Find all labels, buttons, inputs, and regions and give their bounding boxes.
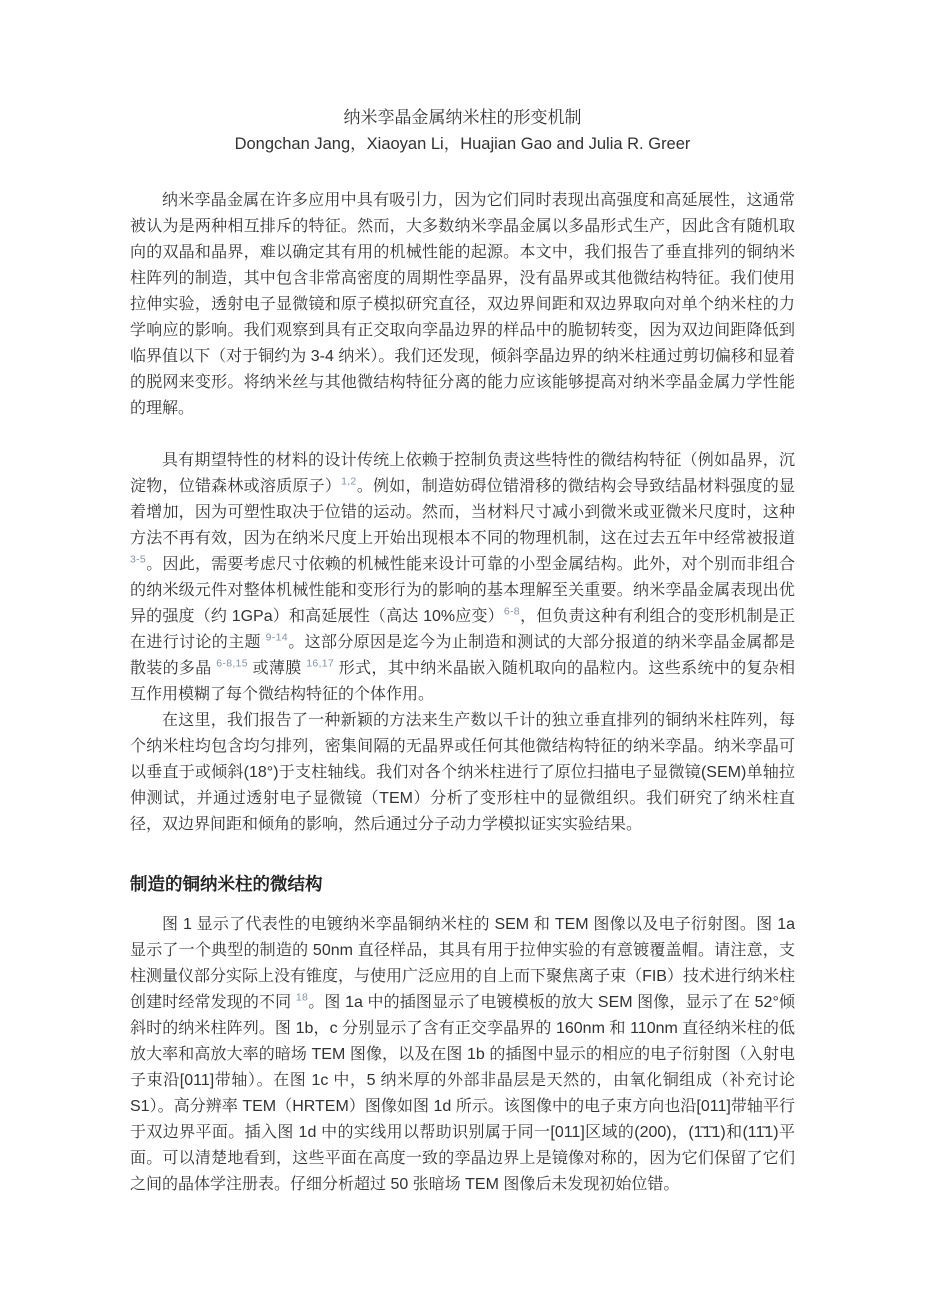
section-paragraph: 图 1 显示了代表性的电镀纳米孪晶铜纳米柱的 SEM 和 TEM 图像以及电子衍… xyxy=(130,912,795,1198)
section-heading: 制造的铜纳米柱的微结构 xyxy=(130,871,795,897)
text-run: 纳米孪晶金属在许多应用中具有吸引力，因为它们同时表现出高强度和高延展性，这通常被… xyxy=(130,192,795,417)
reference-superscript: 6-8,15 xyxy=(216,658,248,670)
reference-superscript: 16,17 xyxy=(306,658,334,670)
reference-superscript: 1,2 xyxy=(341,476,357,488)
reference-superscript: 9-14 xyxy=(266,632,288,644)
text-run: 或薄膜 xyxy=(248,660,306,677)
text-run: 在这里，我们报告了一种新颖的方法来生产数以千计的独立垂直排列的铜纳米柱阵列，每个… xyxy=(130,712,795,833)
abstract-paragraph: 纳米孪晶金属在许多应用中具有吸引力，因为它们同时表现出高强度和高延展性，这通常被… xyxy=(130,188,795,422)
reference-superscript: 18 xyxy=(296,992,308,1004)
intro-paragraph-1: 具有期望特性的材料的设计传统上依赖于控制负责这些特性的微结构特征（例如晶界，沉淀… xyxy=(130,448,795,708)
reference-superscript: 6-8 xyxy=(504,606,520,618)
authors-line: Dongchan Jang，Xiaoyan Li，Huajian Gao and… xyxy=(130,131,795,158)
document-page: 纳米孪晶金属纳米柱的形变机制 Dongchan Jang，Xiaoyan Li，… xyxy=(0,0,926,1309)
intro-paragraph-2: 在这里，我们报告了一种新颖的方法来生产数以千计的独立垂直排列的铜纳米柱阵列，每个… xyxy=(130,708,795,838)
page-title: 纳米孪晶金属纳米柱的形变机制 xyxy=(130,104,795,131)
reference-superscript: 3-5 xyxy=(130,554,146,566)
text-run: 。图 1a 中的插图显示了电镀模板的放大 SEM 图像，显示了在 52°倾斜时的… xyxy=(130,994,795,1193)
